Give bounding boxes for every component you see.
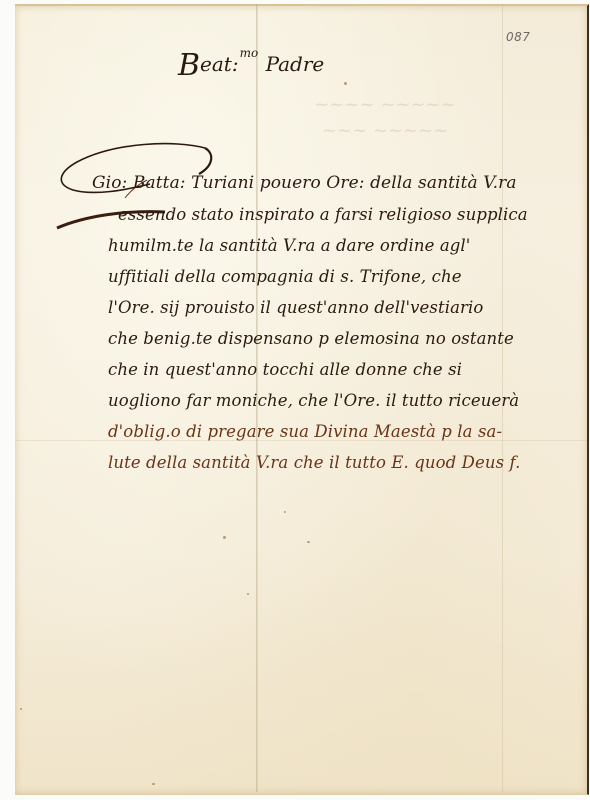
letter-line-1: Gio: Batta: Turiani pouero Ore: della sa… [92,168,583,199]
letter-line-10: lute della santità V.ra che il tutto E. … [108,447,583,478]
letter-line-8: uogliono far moniche, che l'Ore. il tutt… [108,385,583,416]
letter-line-4: uffitiali della compagnia di s. Trifone,… [108,261,583,292]
letter-line-3: humilm.te la santità V.ra a dare ordine … [108,230,583,261]
salutation: Beat:mo Padre [178,48,324,83]
letter-line-7: che in quest'anno tocchi alle donne che … [108,354,583,385]
letter-line-6: che benig.te dispensano p elemosina no o… [108,323,583,354]
salutation-word-1: eat: [200,52,239,76]
letter-body: Gio: Batta: Turiani pouero Ore: della sa… [108,168,583,478]
folio-number: 087 [506,30,530,44]
letter-line-9: d'oblig.o di pregare sua Divina Maestà p… [108,416,583,447]
manuscript-scan: ~~~~ ~~~~~~~~ ~~~~~ 087 Beat:mo Padre Gi… [0,0,590,800]
paper-spot [284,511,286,513]
paper-spot [152,783,155,785]
paper-spot [20,708,22,710]
salutation-superscript: mo [240,46,259,60]
paper-spot [307,541,310,543]
paper-spot [247,593,249,595]
paper-spot [344,82,347,85]
letter-line-2: essendo stato inspirato a farsi religios… [118,199,583,230]
letter-line-5: l'Ore. sij prouisto il quest'anno dell'v… [108,292,583,323]
bleed-through-text: ~~~~ ~~~~~~~~ ~~~~~ [300,92,470,152]
paper-spot [223,536,226,539]
salutation-word-2: Padre [266,52,325,76]
salutation-initial: B [178,48,200,83]
